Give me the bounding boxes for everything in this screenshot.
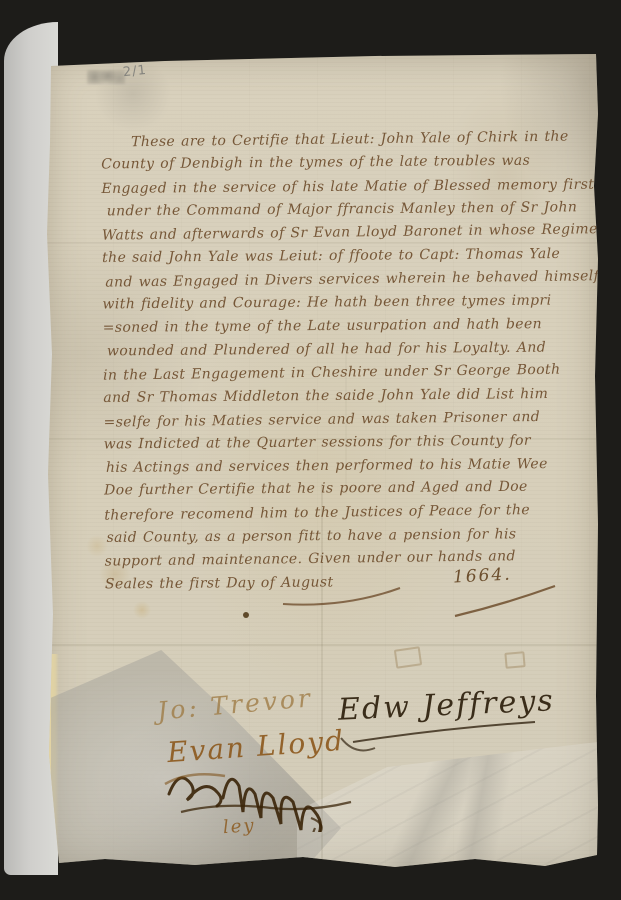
signature-illegible-scribble [161, 754, 391, 832]
seal-showthrough-mark [394, 646, 422, 668]
ink-blot [243, 612, 249, 618]
signature-underline-flourish [335, 714, 565, 764]
manuscript-paper: 2/1 These are to Certifie that Lieut: Jo… [45, 54, 598, 867]
folio-mark: 2/1 [122, 63, 147, 80]
photograph-stage: 2/1 These are to Certifie that Lieut: Jo… [0, 0, 621, 900]
manuscript-line: his Actings and services then performed … [104, 452, 598, 480]
manuscript-text-block: These are to Certifie that Lieut: John Y… [101, 126, 598, 597]
seal-showthrough-mark [504, 651, 525, 669]
pen-flourish-strokes [225, 574, 595, 654]
manuscript-line: =soned in the tyme of the Late usurpatio… [103, 312, 598, 340]
manuscript-line: Engaged in the service of his late Matie… [101, 173, 598, 201]
signature-fragment-ley: ley [222, 815, 256, 838]
pencil-smudge [87, 70, 125, 84]
